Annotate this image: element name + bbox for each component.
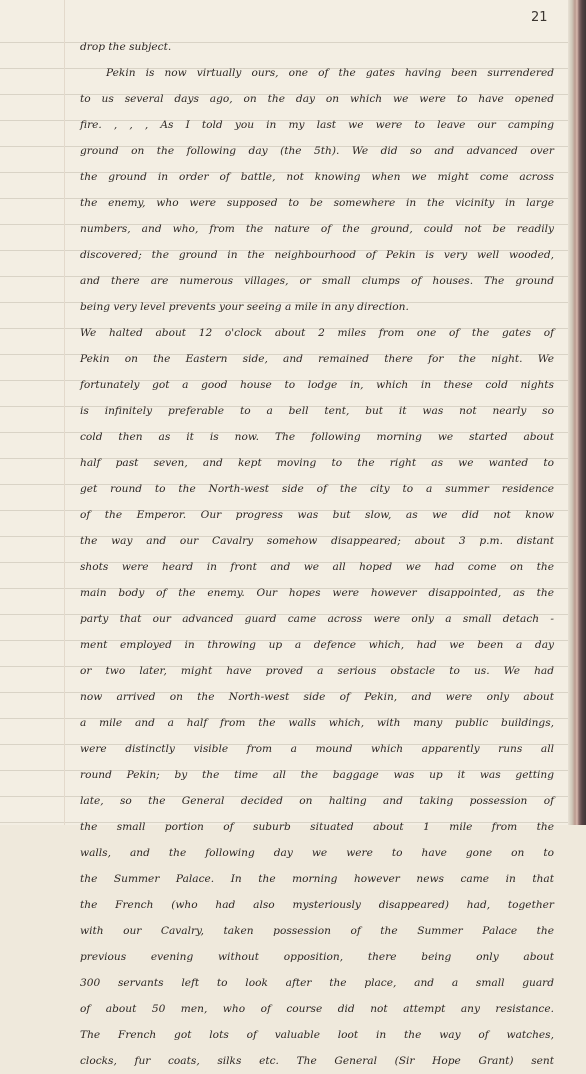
- text-line: discovered; the ground in the neighbourh…: [80, 242, 554, 268]
- text-line: party that our advanced guard came acros…: [80, 606, 554, 632]
- text-line: numbers, and who, from the nature of the…: [80, 216, 554, 242]
- page-number: 21: [531, 10, 548, 25]
- text-line: We halted about 12 o'clock about 2 miles…: [80, 320, 554, 346]
- text-line: drop the subject.: [80, 34, 554, 60]
- text-line: is infinitely preferable to a bell tent,…: [80, 398, 554, 424]
- text-line: ground on the following day (the 5th). W…: [80, 138, 554, 164]
- text-line: fire. , , , As I told you in my last we …: [80, 112, 554, 138]
- text-line: a mile and a half from the walls which, …: [80, 710, 554, 736]
- text-line: round Pekin; by the time all the baggage…: [80, 762, 554, 788]
- text-line: fortunately got a good house to lodge in…: [80, 372, 554, 398]
- text-line: get round to the North-west side of the …: [80, 476, 554, 502]
- text-line: to us several days ago, on the day on wh…: [80, 86, 554, 112]
- text-line: Pekin on the Eastern side, and remained …: [80, 346, 554, 372]
- text-line: the ground in order of battle, not knowi…: [80, 164, 554, 190]
- text-line: Pekin is now virtually ours, one of the …: [80, 60, 554, 86]
- book-binding-edge: [568, 0, 586, 825]
- text-line: or two later, might have proved a seriou…: [80, 658, 554, 684]
- text-line: half past seven, and kept moving to the …: [80, 450, 554, 476]
- text-line: now arrived on the North-west side of Pe…: [80, 684, 554, 710]
- text-line: main body of the enemy. Our hopes were h…: [80, 580, 554, 606]
- text-line: late, so the General decided on halting …: [80, 788, 554, 814]
- text-line: the small portion of suburb situated abo…: [80, 814, 554, 825]
- text-line: being very level prevents your seeing a …: [80, 294, 554, 320]
- text-line: and there are numerous villages, or smal…: [80, 268, 554, 294]
- text-line: the way and our Cavalry somehow disappea…: [80, 528, 554, 554]
- text-line: of the Emperor. Our progress was but slo…: [80, 502, 554, 528]
- manuscript-page: 21 drop the subject.Pekin is now virtual…: [0, 0, 568, 825]
- margin-line: [64, 0, 65, 825]
- handwritten-text: drop the subject.Pekin is now virtually …: [80, 34, 554, 825]
- text-line: cold then as it is now. The following mo…: [80, 424, 554, 450]
- text-line: shots were heard in front and we all hop…: [80, 554, 554, 580]
- text-line: ment employed in throwing up a defence w…: [80, 632, 554, 658]
- text-line: the enemy, who were supposed to be somew…: [80, 190, 554, 216]
- text-line: were distinctly visible from a mound whi…: [80, 736, 554, 762]
